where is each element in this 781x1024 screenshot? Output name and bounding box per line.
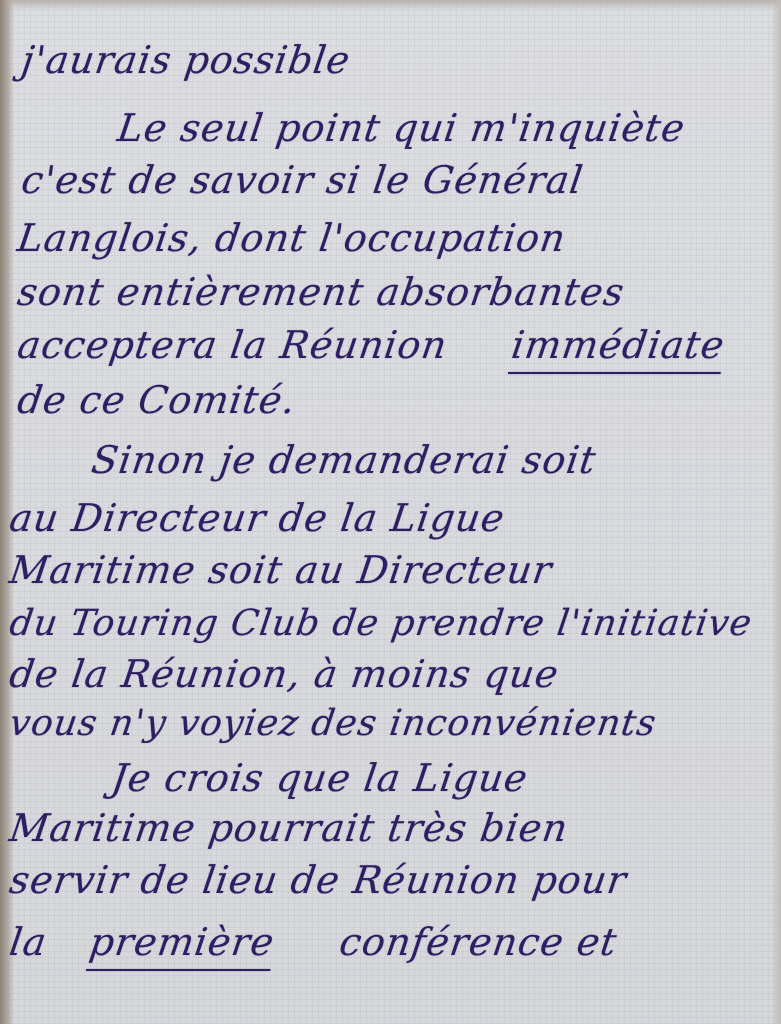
handwritten-line: Langlois, dont l'occupation <box>15 216 569 260</box>
handwritten-line: au Directeur de la Ligue <box>7 496 508 540</box>
handwritten-line: immédiate <box>509 323 728 367</box>
letter-page: j'aurais possibleLe seul point qui m'inq… <box>0 0 781 1024</box>
handwritten-line: acceptera la Réunion <box>15 323 450 367</box>
handwritten-line: de la Réunion, à moins que <box>7 652 562 696</box>
handwritten-line: Maritime soit au Directeur <box>7 548 555 592</box>
handwritten-line: c'est de savoir si le Général <box>19 158 586 202</box>
handwritten-line: première <box>87 920 277 964</box>
handwritten-line: de ce Comité. <box>15 378 299 422</box>
paper-top-edge <box>0 0 781 10</box>
handwritten-line: conférence et <box>337 920 620 964</box>
handwritten-line: sont entièrement absorbantes <box>15 270 627 314</box>
handwritten-line: vous n'y voyiez des inconvénients <box>7 703 659 744</box>
handwritten-line: Maritime pourrait très bien <box>7 806 571 850</box>
handwritten-line: Je crois que la Ligue <box>109 756 531 800</box>
handwritten-line: servir de lieu de Réunion pour <box>7 858 630 902</box>
handwritten-line: la <box>7 920 50 964</box>
paper-right-edge <box>771 0 781 1024</box>
handwritten-line: j'aurais possible <box>19 38 353 82</box>
handwritten-line: du Touring Club de prendre l'initiative <box>7 603 755 644</box>
handwritten-line: Le seul point qui m'inquiète <box>115 106 688 150</box>
handwritten-line: Sinon je demanderai soit <box>89 438 599 482</box>
